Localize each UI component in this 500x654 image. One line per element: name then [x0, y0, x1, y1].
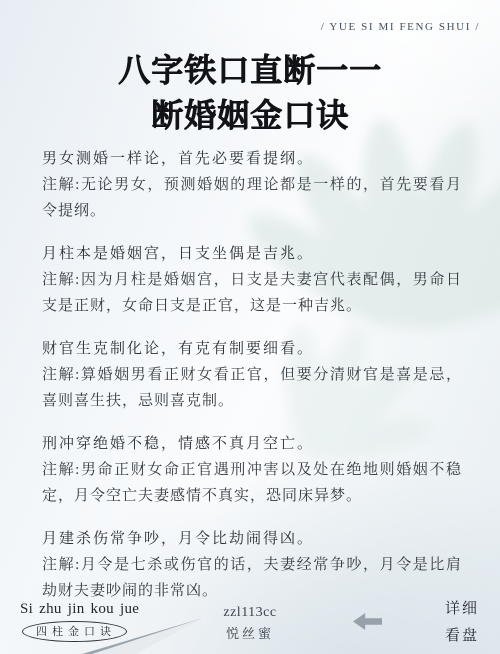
verse-annotation: 注解:月令是七杀或伤官的话，夫妻经常争吵，月令是比肩劫财夫妻吵闹的非常凶。: [42, 552, 462, 604]
verse-content: 男女测婚一样论，首先必要看提纲。 注解:无论男女，预测婚姻的理论都是一样的，首先…: [42, 146, 462, 621]
verse-section: 刑冲穿绝婚不稳，情感不真月空亡。 注解:男命正财女命正官遇刑冲害以及处在绝地则婚…: [42, 431, 462, 509]
verse-line: 刑冲穿绝婚不稳，情感不真月空亡。: [42, 431, 462, 457]
watermark-name: 悦丝蜜: [223, 623, 276, 644]
watermark-id: zzl113cc: [223, 602, 276, 623]
page-title-line2: 断婚姻金口诀: [0, 93, 500, 138]
verse-section: 男女测婚一样论，首先必要看提纲。 注解:无论男女，预测婚姻的理论都是一样的，首先…: [42, 146, 462, 224]
verse-annotation: 注解:算婚姻男看正财女看正官，但要分清财官是喜是忌，喜则喜生扶，忌则喜克制。: [42, 362, 462, 414]
pinyin-caption: Si zhu jin kou jue: [20, 601, 139, 618]
page-title: 八字铁口直断一一 断婚姻金口诀: [0, 48, 500, 138]
verse-line: 财官生克制化论，有克有制要细看。: [42, 336, 462, 362]
verse-line: 男女测婚一样论，首先必要看提纲。: [42, 146, 462, 172]
footer-detail: 详细 看盘: [445, 596, 479, 650]
verse-line: 月建杀伤常争吵，月令比劫闹得凶。: [42, 526, 462, 552]
verse-annotation: 注解:男命正财女命正官遇刑冲害以及处在绝地则婚姻不稳定，月令空亡夫妻感情不真实，…: [42, 457, 462, 509]
verse-line: 月柱本是婚姻宫，日支坐偶是吉兆。: [42, 241, 462, 267]
brand-slogan: / YUE SI MI FENG SHUI /: [321, 21, 480, 33]
verse-annotation: 注解:因为月柱是婚姻宫，日支是夫妻宫代表配偶，男命日支是正财，女命日支是正官，这…: [42, 267, 462, 319]
poster-page: / YUE SI MI FENG SHUI / 八字铁口直断一一 断婚姻金口诀 …: [0, 0, 500, 654]
verse-section: 月柱本是婚姻宫，日支坐偶是吉兆。 注解:因为月柱是婚姻宫，日支是夫妻宫代表配偶，…: [42, 241, 462, 319]
footer-left: Si zhu jin kou jue 四柱金口诀: [20, 601, 139, 642]
verse-annotation: 注解:无论男女，预测婚姻的理论都是一样的，首先要看月令提纲。: [42, 172, 462, 224]
verse-section: 财官生克制化论，有克有制要细看。 注解:算婚姻男看正财女看正官，但要分清财官是喜…: [42, 336, 462, 414]
verse-section: 月建杀伤常争吵，月令比劫闹得凶。 注解:月令是七杀或伤官的话，夫妻经常争吵，月令…: [42, 526, 462, 604]
page-title-line1: 八字铁口直断一一: [0, 48, 500, 93]
seal-badge: 四柱金口诀: [22, 621, 127, 642]
footer-watermark: zzl113cc 悦丝蜜: [223, 602, 276, 644]
detail-label-line1: 详细: [445, 596, 479, 623]
detail-label-line2: 看盘: [445, 623, 479, 650]
